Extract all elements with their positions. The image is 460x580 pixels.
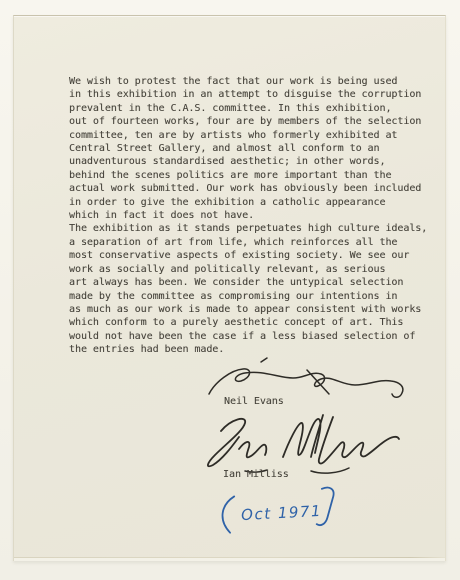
- paper-bottom-highlight: [14, 558, 445, 561]
- letter-line: work as socially and politically relevan…: [69, 263, 419, 276]
- open-paren-stroke: [222, 496, 237, 533]
- date-annotation: Oct 1971: [211, 486, 351, 536]
- letter-line: Central Street Gallery, and almost all c…: [69, 142, 419, 155]
- letter-line: out of fourteen works, four are by membe…: [69, 115, 419, 128]
- letter-line: would not have been the case if a less b…: [69, 330, 419, 343]
- letter-line: as much as our work is made to appear co…: [69, 303, 419, 316]
- letter-line: made by the committee as compromising ou…: [69, 290, 419, 303]
- scan-background: { "page": { "description": "Scanned type…: [0, 0, 460, 580]
- letter-body: We wish to protest the fact that our wor…: [69, 75, 419, 357]
- ian-milliss-signature: [199, 413, 404, 475]
- letter-line: a separation of art from life, which rei…: [69, 236, 419, 249]
- letter-line: in this exhibition in an attempt to disg…: [69, 88, 419, 101]
- letter-line: committee, ten are by artists who former…: [69, 129, 419, 142]
- letter-paper: We wish to protest the fact that our wor…: [13, 15, 446, 561]
- letter-line: The exhibition as it stands perpetuates …: [69, 222, 419, 235]
- typed-name-neil-evans: Neil Evans: [224, 396, 284, 407]
- letter-line: prevalent in the C.A.S. committee. In th…: [69, 102, 419, 115]
- letter-line: the entries had been made.: [69, 343, 419, 356]
- letter-line: We wish to protest the fact that our wor…: [69, 75, 419, 88]
- letter-line: art always has been. We consider the unt…: [69, 276, 419, 289]
- letter-line: in order to give the exhibition a cathol…: [69, 196, 419, 209]
- letter-line: which conform to a purely aesthetic conc…: [69, 316, 419, 329]
- letter-line: most conservative aspects of existing so…: [69, 249, 419, 262]
- typed-name-ian-milliss: Ian Milliss: [223, 469, 289, 480]
- letter-line: unadventurous standardised aesthetic; in…: [69, 155, 419, 168]
- letter-line: which in fact it does not have.: [69, 209, 419, 222]
- date-text: Oct 1971: [241, 502, 323, 524]
- letter-line: actual work submitted. Our work has obvi…: [69, 182, 419, 195]
- letter-line: behind the scenes politics are more impo…: [69, 169, 419, 182]
